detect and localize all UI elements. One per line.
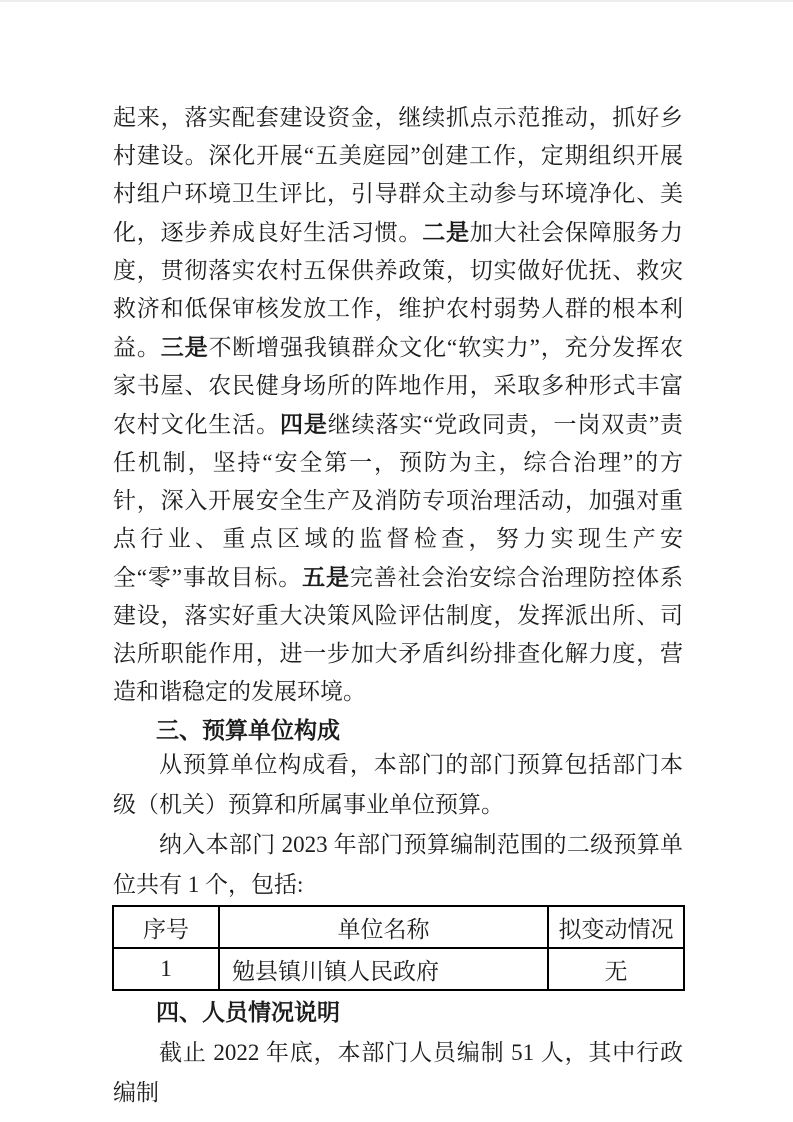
bold-marker-fifth: 五是 (302, 564, 350, 590)
cell-unit-name: 勉县镇川镇人民政府 (219, 948, 548, 990)
cell-change-status: 无 (548, 948, 684, 990)
budget-units-paragraph-1: 从预算单位构成看，本部门的部门预算包括部门本级（机关）预算和所属事业单位预算。 (113, 745, 683, 825)
personnel-paragraph-1: 截止 2022 年底，本部门人员编制 51 人，其中行政编制 (113, 1033, 683, 1113)
table-header-index: 序号 (113, 906, 219, 948)
table-header-change-status: 拟变动情况 (548, 906, 684, 948)
bold-marker-second: 二是 (422, 219, 470, 245)
bold-marker-fourth: 四是 (280, 411, 328, 437)
section-heading-budget-units: 三、预算单位构成 (113, 715, 683, 745)
table-row: 1 勉县镇川镇人民政府 无 (113, 948, 684, 990)
bold-marker-third: 三是 (161, 334, 209, 360)
cell-index: 1 (113, 948, 219, 990)
continuation-paragraph: 起来，落实配套建设资金，继续抓点示范推动，抓好乡村建设。深化开展“五美庭园”创建… (113, 99, 683, 711)
budget-units-paragraph-2: 纳入本部门 2023 年部门预算编制范围的二级预算单位共有 1 个，包括: (113, 825, 683, 905)
table-header-unit-name: 单位名称 (219, 906, 548, 948)
document-content: 起来，落实配套建设资金，继续抓点示范推动，抓好乡村建设。深化开展“五美庭园”创建… (113, 2, 683, 1113)
table-header-row: 序号 单位名称 拟变动情况 (113, 906, 684, 948)
section-heading-personnel: 四、人员情况说明 (113, 997, 683, 1027)
paragraph-text: 继续落实“党政同责，一岗双责”责任机制，坚持“安全第一，预防为主，综合治理”的方… (113, 412, 683, 590)
budget-units-table: 序号 单位名称 拟变动情况 1 勉县镇川镇人民政府 无 (112, 905, 685, 991)
document-page: 起来，落实配套建设资金，继续抓点示范推动，抓好乡村建设。深化开展“五美庭园”创建… (0, 0, 793, 1122)
